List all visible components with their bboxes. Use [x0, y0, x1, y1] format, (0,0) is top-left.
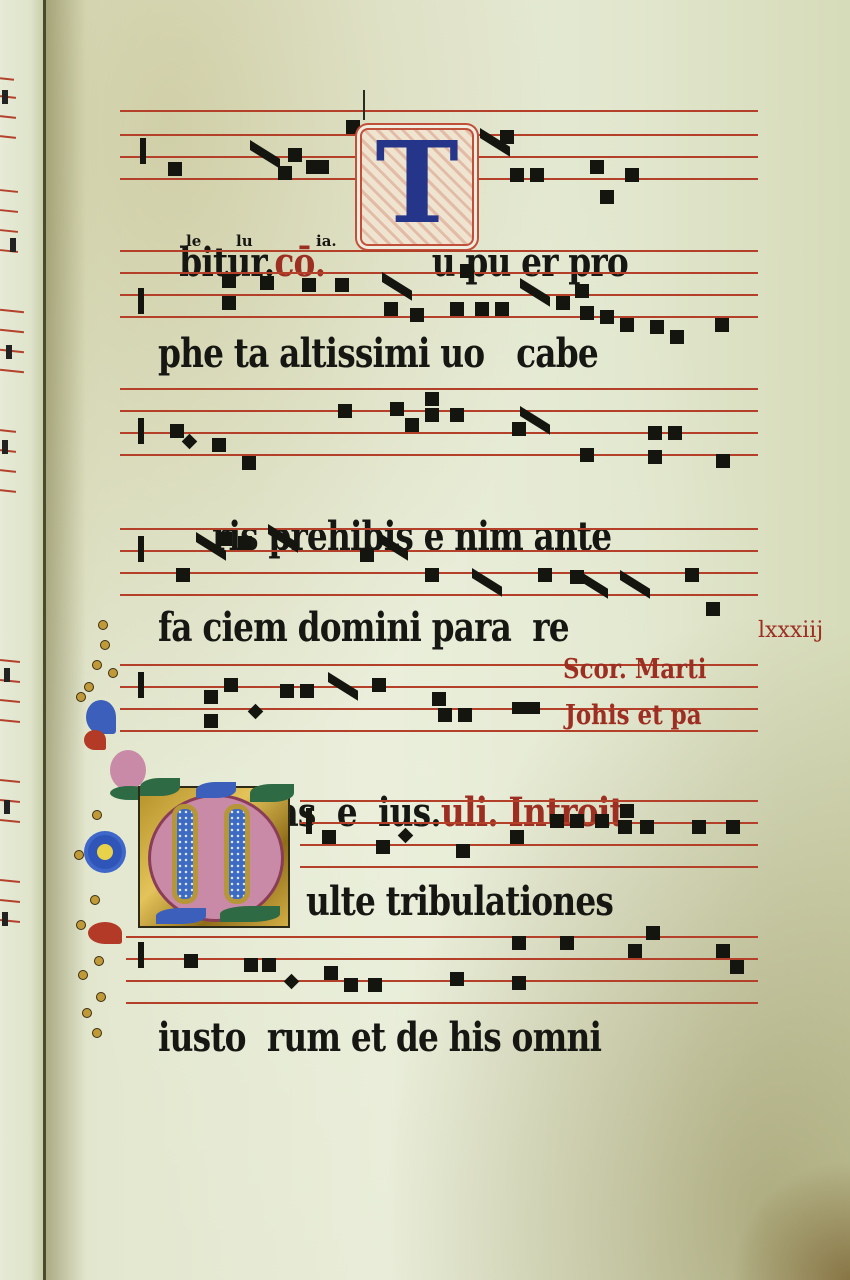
staff-7 — [126, 936, 758, 1002]
lyrics-line-6: ulte tribulationes — [306, 878, 613, 925]
neume — [530, 168, 544, 182]
neume — [278, 166, 292, 180]
neume — [315, 160, 329, 174]
neume — [510, 168, 524, 182]
neume — [500, 130, 514, 144]
lyrics-line-4: fa ciem domini para re — [158, 604, 569, 651]
clef — [140, 138, 146, 164]
flower-ornament — [88, 835, 122, 869]
lyrics-line-7: iusto rum et de his omni — [158, 1014, 601, 1061]
rubric-line-1: Scor. Marti — [563, 654, 707, 685]
neume — [625, 168, 639, 182]
folio-number: lxxxiij — [758, 618, 823, 643]
corner-stain — [730, 1160, 850, 1280]
facing-page-edge — [0, 0, 46, 1280]
marginal-decoration — [70, 600, 130, 1040]
illuminated-initial-t: T — [360, 128, 474, 246]
staff-5 — [120, 664, 560, 730]
staff-6 — [300, 800, 758, 866]
neume — [168, 162, 182, 176]
staff-2 — [120, 250, 758, 316]
illuminated-initial-m — [138, 786, 290, 928]
sub-lyrics: lu — [236, 232, 253, 250]
staff-3 — [120, 388, 758, 454]
neume — [590, 160, 604, 174]
rubric-line-2: Johis et pa — [565, 700, 702, 731]
neume — [288, 148, 302, 162]
staff-4 — [120, 528, 758, 594]
neume — [346, 120, 360, 134]
sub-lyrics: ia. — [316, 232, 337, 250]
sub-lyrics: le — [186, 232, 201, 250]
lyrics-line-2: phe ta altissimi uo cabe — [158, 330, 598, 377]
neume — [250, 140, 280, 169]
